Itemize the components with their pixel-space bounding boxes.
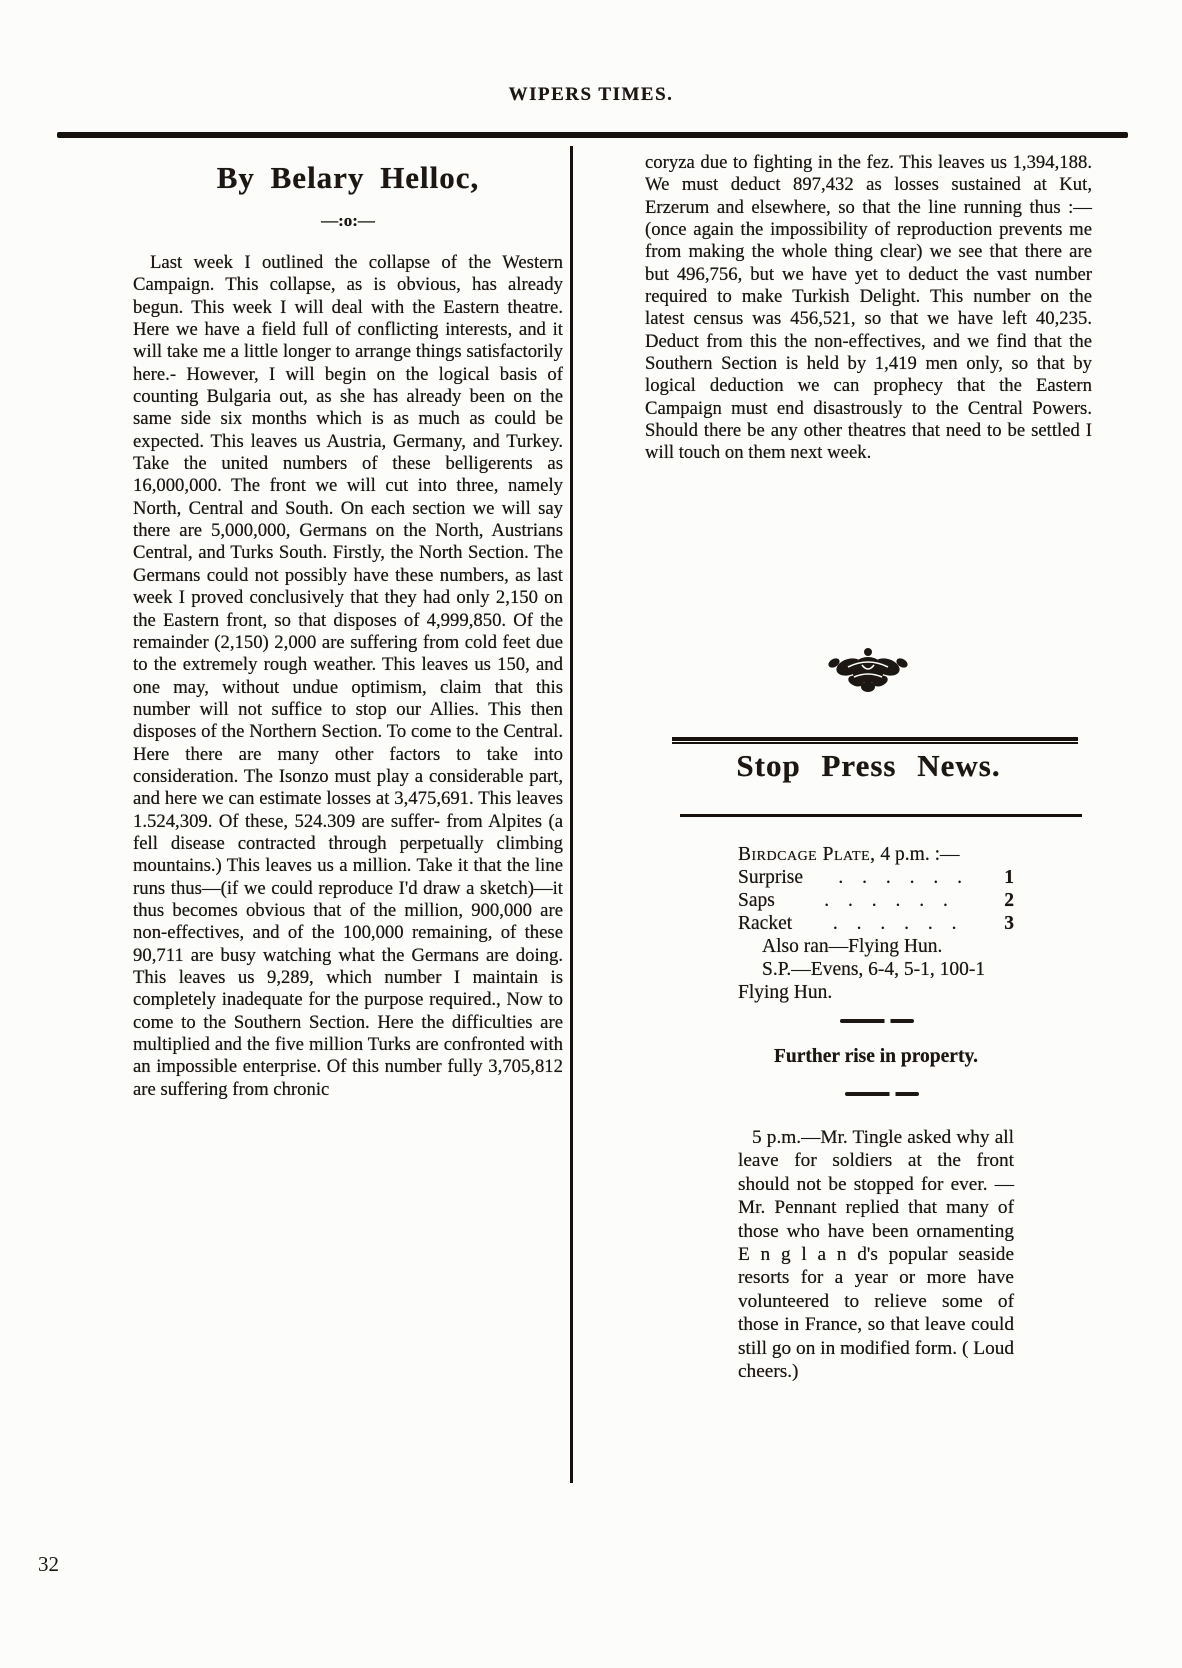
dot-leader: . . . . . . <box>775 889 1004 912</box>
article-body-right: coryza due to fighting in the fez. This … <box>645 152 1092 465</box>
finish-place: 1 <box>1004 866 1014 889</box>
right-column: coryza due to fighting in the fez. This … <box>645 152 1092 465</box>
finish-place: 2 <box>1004 889 1014 912</box>
finish-place: 3 <box>1004 912 1014 935</box>
also-ran-line: Also ran—Flying Hun. <box>738 935 1014 958</box>
stop-press-bottom-rule <box>680 814 1082 817</box>
horse-name: Surprise <box>738 866 803 889</box>
race-results-block: Birdcage Plate, 4 p.m. :— Surprise . . .… <box>738 843 1014 1004</box>
column-divider-rule <box>570 146 573 1483</box>
property-note: Further rise in property. <box>738 1046 1014 1068</box>
masthead-rule <box>57 132 1128 138</box>
left-column: By Belary Helloc, —:o:— Last week I outl… <box>133 160 563 1101</box>
stop-press-heading: Stop Press News. <box>645 748 1092 784</box>
parliament-note: 5 p.m.—Mr. Tingle asked why all leave fo… <box>738 1126 1014 1383</box>
page-number: 32 <box>38 1552 59 1577</box>
race-result-row: Saps . . . . . . 2 <box>738 889 1014 912</box>
dot-leader: . . . . . . <box>803 866 1004 889</box>
race-title: Birdcage Plate, 4 p.m. :— <box>738 843 1014 866</box>
newspaper-page: WIPERS TIMES. By Belary Helloc, —:o:— La… <box>0 0 1182 1668</box>
horse-name: Saps <box>738 889 775 912</box>
race-name: Birdcage Plate, <box>738 844 876 865</box>
race-result-row: Surprise . . . . . . 1 <box>738 866 1014 889</box>
masthead-title: WIPERS TIMES. <box>0 84 1182 106</box>
starting-prices-line: S.P.—Evens, 6-4, 5-1, 100-1 Flying Hun. <box>738 958 1014 1004</box>
race-result-row: Racket . . . . . . 3 <box>738 912 1014 935</box>
horse-name: Racket <box>738 912 792 935</box>
dot-leader: . . . . . . <box>792 912 1004 935</box>
article-byline-title: By Belary Helloc, <box>133 160 563 196</box>
printer-ornament-icon <box>818 645 918 702</box>
article-section-divider: —:o:— <box>133 211 563 231</box>
section-dash-rule <box>840 1019 914 1023</box>
race-time: 4 p.m. :— <box>876 844 960 865</box>
stop-press-top-rule <box>672 737 1078 744</box>
article-body-left: Last week I outlined the collapse of the… <box>133 252 563 1101</box>
section-dash-rule <box>845 1092 919 1096</box>
